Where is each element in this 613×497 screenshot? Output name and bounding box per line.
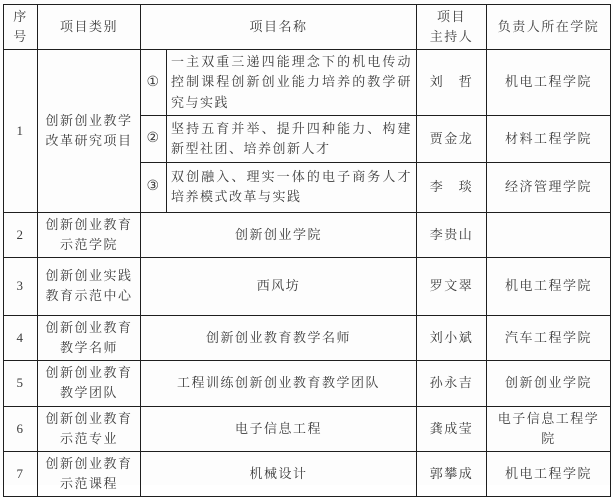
table-row: 6创新创业教育示范专业电子信息工程龚成莹电子信息工程学院 [4,406,611,451]
project-name-cell: 创新创业教育教学名师 [141,315,417,360]
header-serial-number: 序号 [4,5,38,50]
leader-cell: 郭攀成 [417,451,487,496]
leader-cell: 孙永吉 [417,361,487,406]
leader-cell: 李 琰 [417,162,487,212]
table-row: 3创新创业实践教育示范中心西风坊罗文翠机电工程学院 [4,257,611,315]
subproject-number-cell: ③ [141,162,167,212]
college-cell: 电子信息工程学院 [487,406,611,451]
header-project-category: 项目类别 [38,5,141,50]
subproject-number-cell: ② [141,115,167,162]
leader-cell: 刘小斌 [417,315,487,360]
row-number-cell: 1 [4,50,38,212]
leader-cell: 刘 哲 [417,50,487,115]
project-name-cell: 西风坊 [141,257,417,315]
header-project-name: 项目名称 [141,5,417,50]
category-cell: 创新创业教育教学团队 [38,361,141,406]
row-number-cell: 6 [4,406,38,451]
college-cell: 汽车工程学院 [487,315,611,360]
project-name-cell: 工程训练创新创业教育教学团队 [141,361,417,406]
category-cell: 创新创业教育示范专业 [38,406,141,451]
project-name-cell: 双创融入、理实一体的电子商务人才培养模式改革与实践 [167,162,417,212]
college-cell: 机电工程学院 [487,50,611,115]
college-cell: 材料工程学院 [487,115,611,162]
project-name-cell: 电子信息工程 [141,406,417,451]
college-cell: 经济管理学院 [487,162,611,212]
category-cell: 创新创业教育教学名师 [38,315,141,360]
table-row: 5创新创业教育教学团队工程训练创新创业教育教学团队孙永吉创新创业学院 [4,361,611,406]
header-row: 序号 项目类别 项目名称 项目 主持人 负责人所在学院 [4,5,611,50]
row-number-cell: 3 [4,257,38,315]
leader-cell: 李贵山 [417,212,487,257]
college-cell [487,212,611,257]
table-row: 7创新创业教育示范课程机械设计郭攀成机电工程学院 [4,451,611,496]
table-row: 1创新创业教学改革研究项目①一主双重三递四能理念下的机电传动控制课程创新创业能力… [4,50,611,115]
table-row: 4创新创业教育教学名师创新创业教育教学名师刘小斌汽车工程学院 [4,315,611,360]
category-cell: 创新创业教育示范学院 [38,212,141,257]
college-cell: 创新创业学院 [487,361,611,406]
college-cell: 机电工程学院 [487,451,611,496]
category-cell: 创新创业教学改革研究项目 [38,50,141,212]
leader-cell: 罗文翠 [417,257,487,315]
project-name-cell: 机械设计 [141,451,417,496]
project-name-cell: 一主双重三递四能理念下的机电传动控制课程创新创业能力培养的教学研究与实践 [167,50,417,115]
table-row: 2创新创业教育示范学院创新创业学院李贵山 [4,212,611,257]
table-body: 1创新创业教学改革研究项目①一主双重三递四能理念下的机电传动控制课程创新创业能力… [4,50,611,497]
row-number-cell: 5 [4,361,38,406]
document-page: 序号 项目类别 项目名称 项目 主持人 负责人所在学院 1创新创业教学改革研究项… [0,0,613,485]
college-cell: 机电工程学院 [487,257,611,315]
row-number-cell: 7 [4,451,38,496]
project-name-cell: 坚持五育并举、提升四种能力、构建新型社团、培养创新人才 [167,115,417,162]
row-number-cell: 4 [4,315,38,360]
category-cell: 创新创业实践教育示范中心 [38,257,141,315]
leader-cell: 龚成莹 [417,406,487,451]
category-cell: 创新创业教育示范课程 [38,451,141,496]
header-leader-college: 负责人所在学院 [487,5,611,50]
leader-cell: 贾金龙 [417,115,487,162]
header-project-leader: 项目 主持人 [417,5,487,50]
row-number-cell: 2 [4,212,38,257]
subproject-number-cell: ① [141,50,167,115]
project-name-cell: 创新创业学院 [141,212,417,257]
projects-table: 序号 项目类别 项目名称 项目 主持人 负责人所在学院 1创新创业教学改革研究项… [3,4,611,497]
